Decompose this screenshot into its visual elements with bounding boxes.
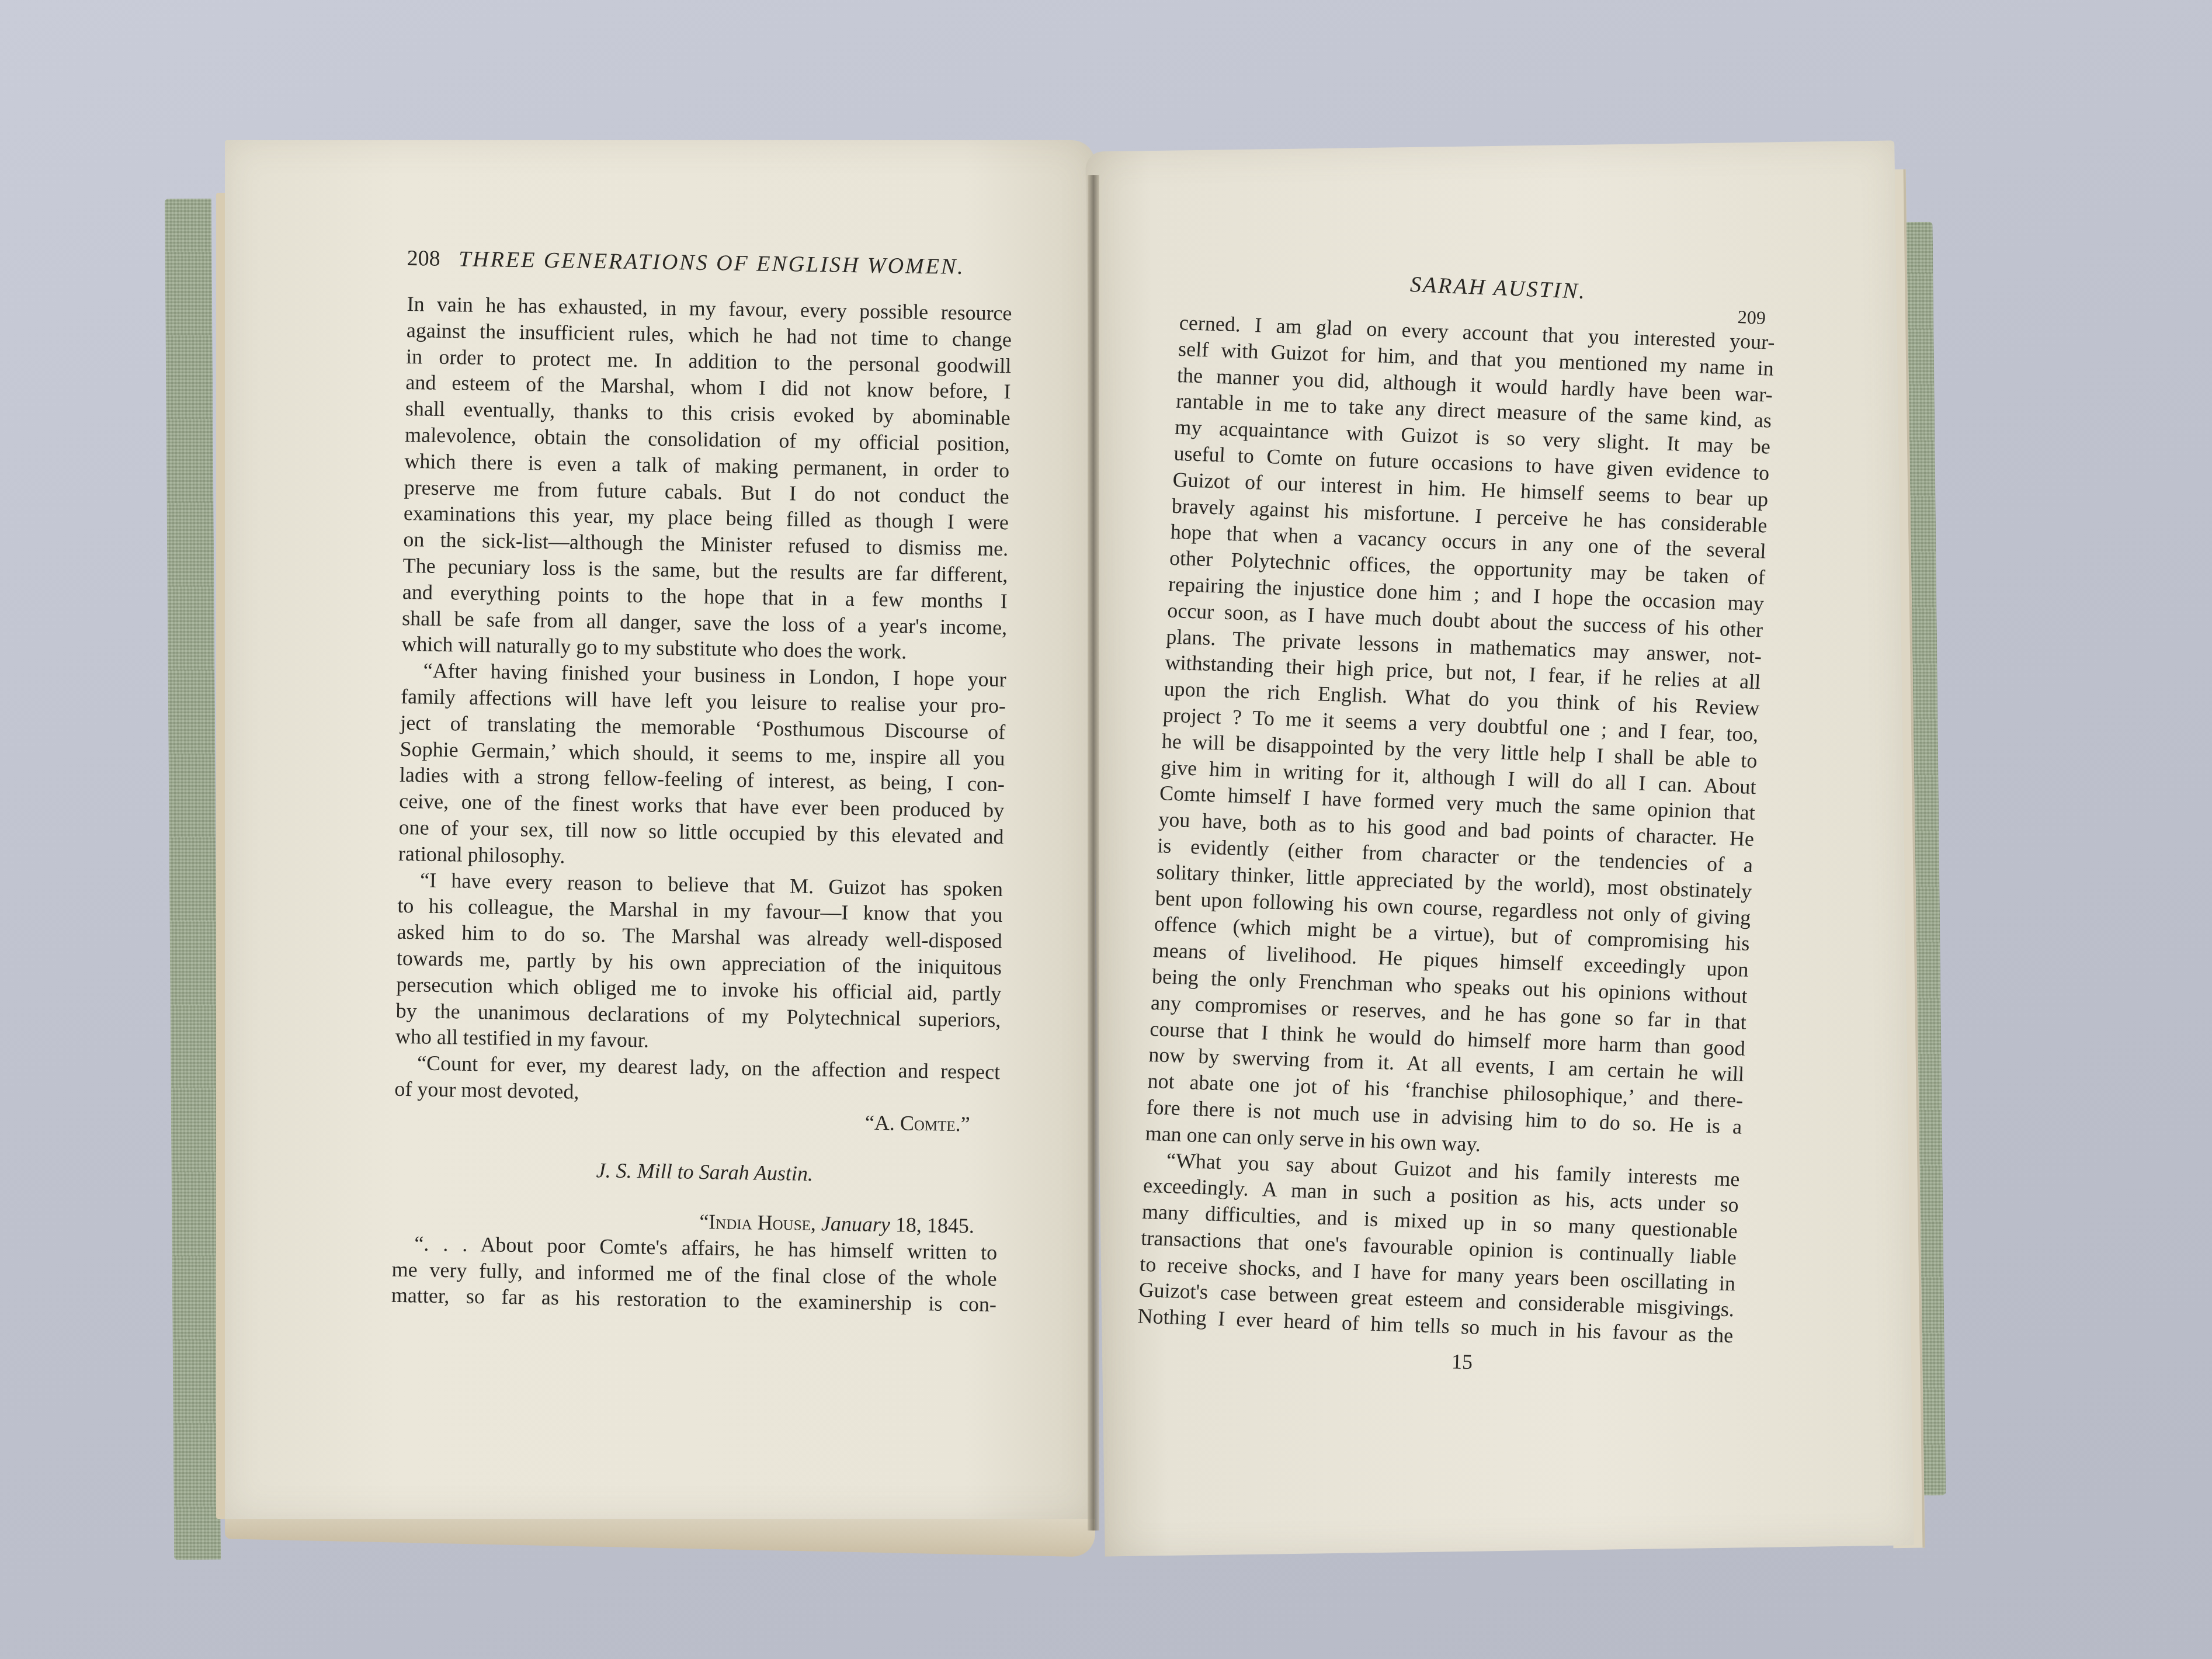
right-page-body: cerned. I am glad on every account that … [1137,310,1776,1349]
signature-mark: 15 [1451,1349,1473,1375]
left-page-body: In vain he has exhausted, in my favour, … [391,291,1012,1318]
book-gutter [1088,175,1099,1530]
book-cover-left [165,199,221,1560]
left-page-number: 208 [407,246,440,271]
right-page-number: 209 [1737,306,1766,329]
